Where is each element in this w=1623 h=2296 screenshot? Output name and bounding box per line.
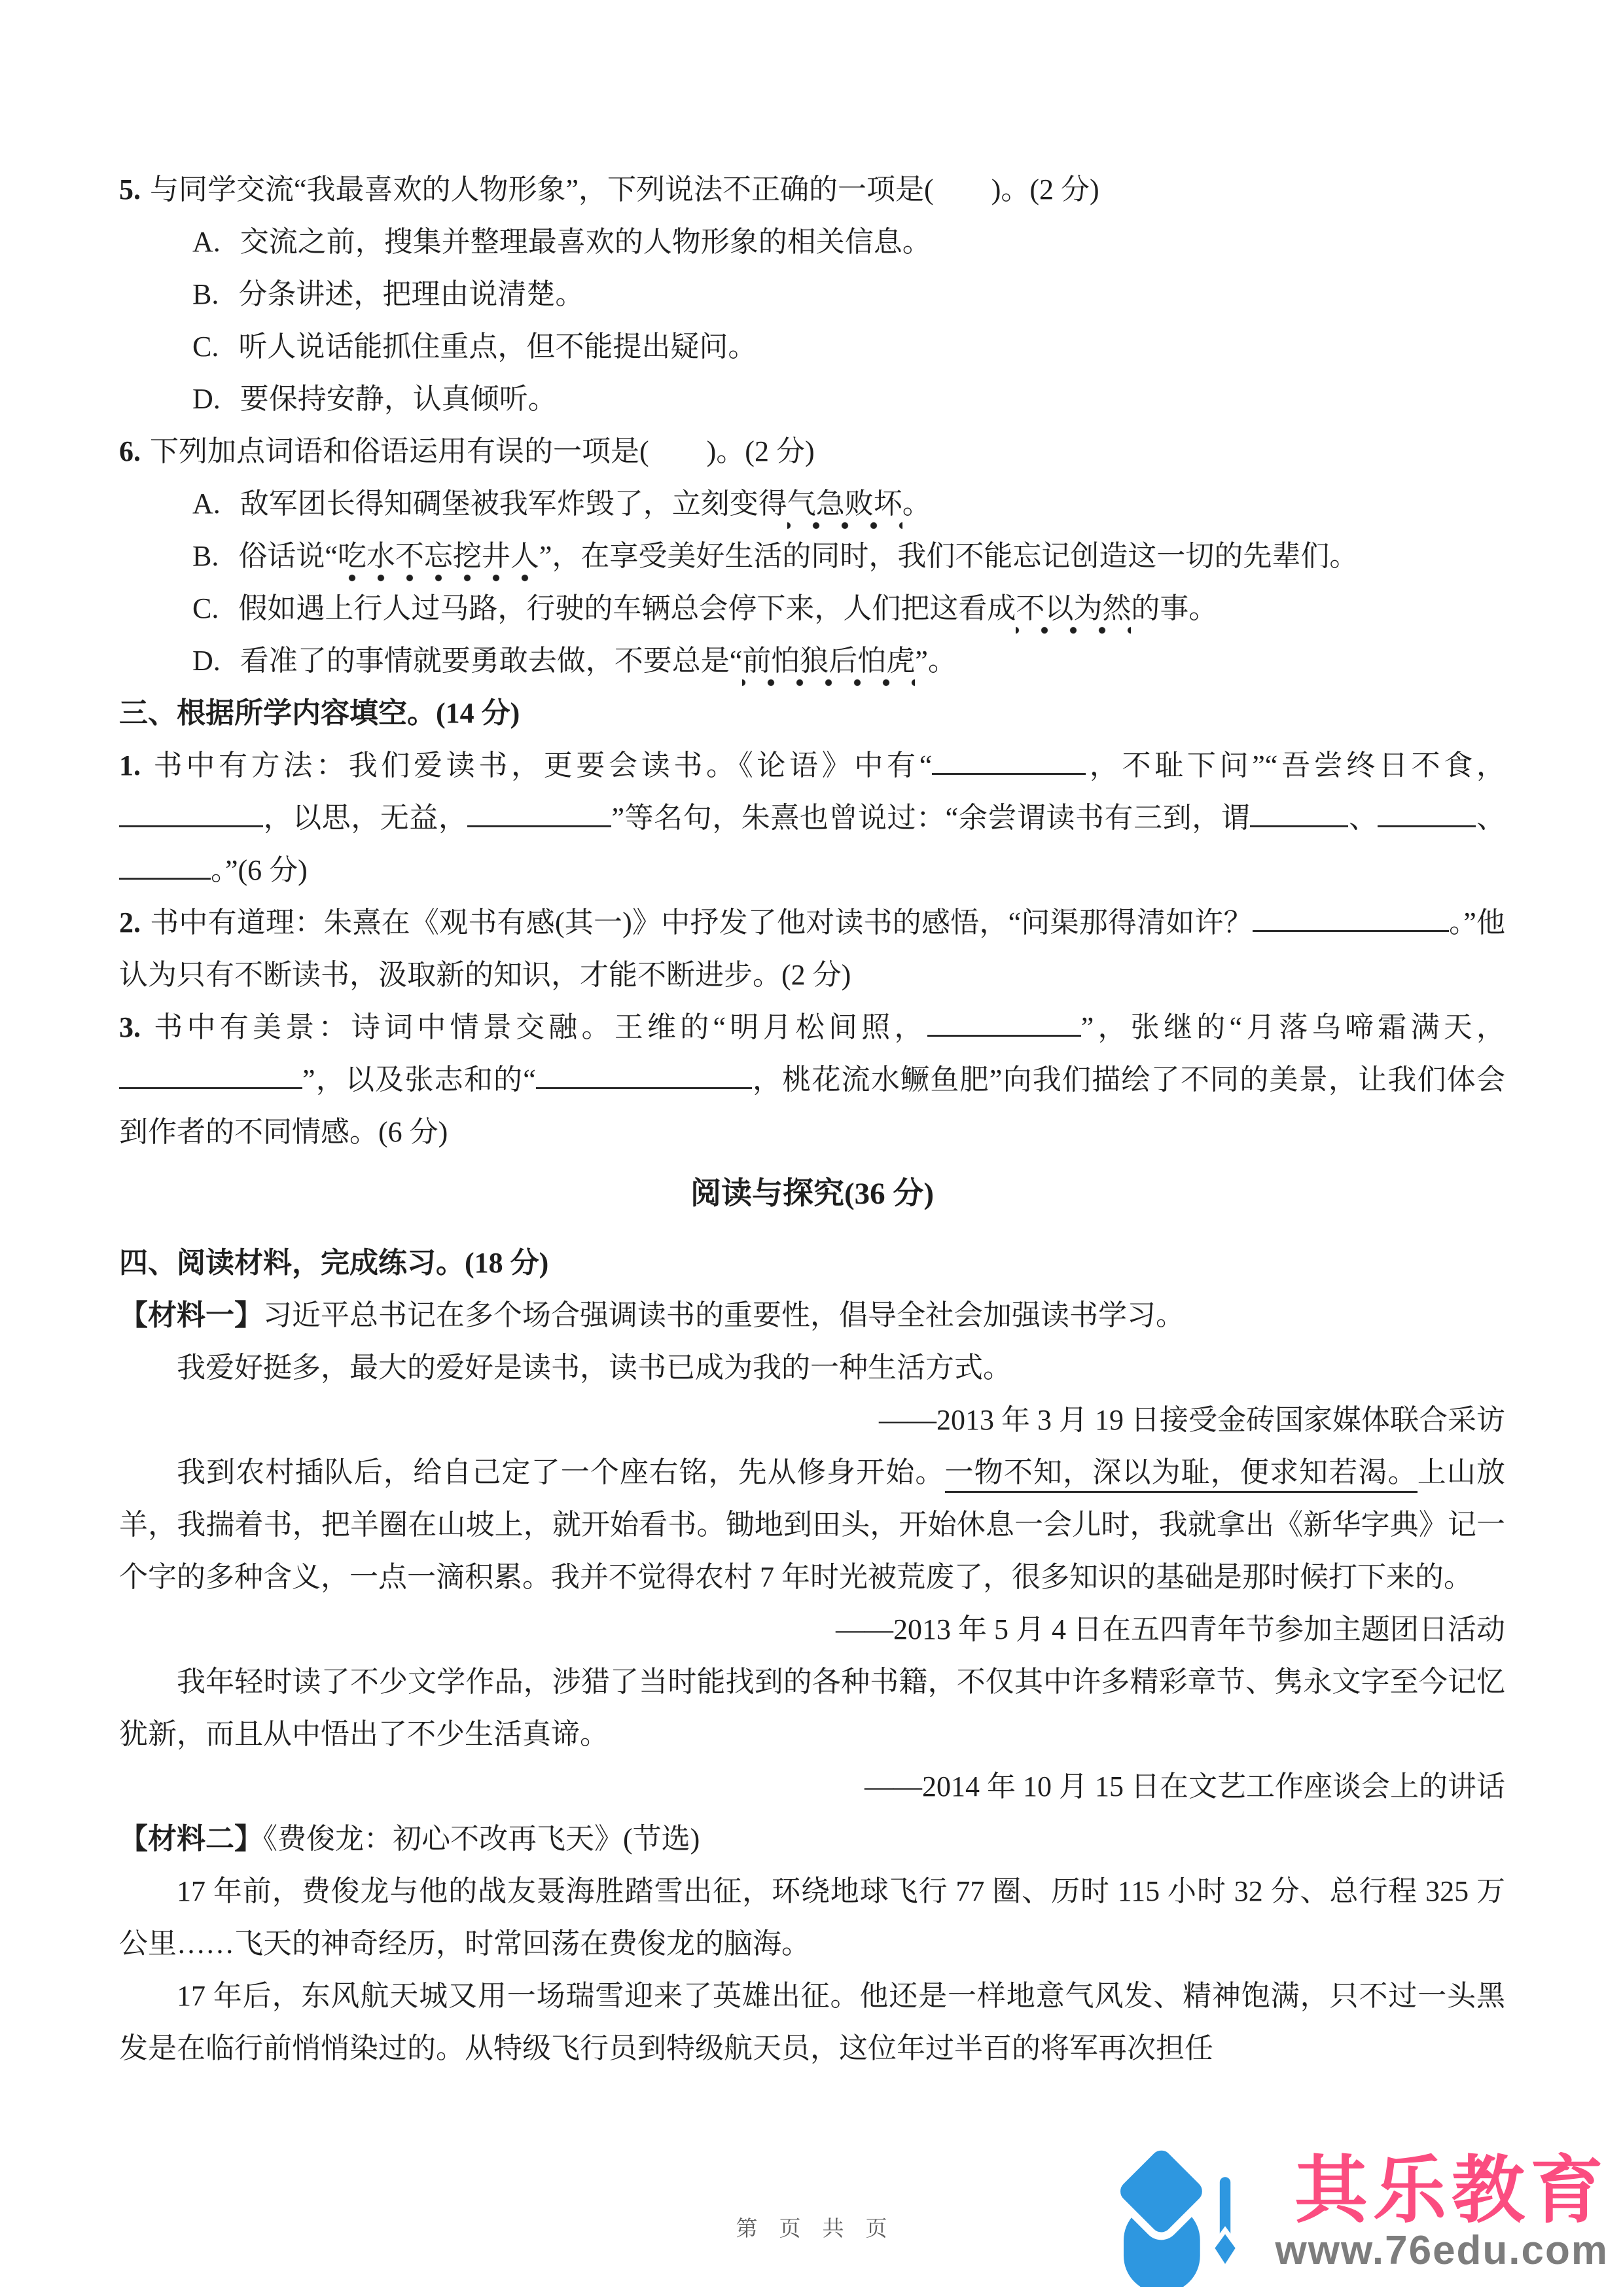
option-label: C. (192, 592, 219, 624)
section-4-title: 四、阅读材料，完成练习。(18 分) (119, 1237, 1505, 1289)
answer-blank (119, 801, 263, 827)
question-5-option-a: A.交流之前，搜集并整理最喜欢的人物形象的相关信息。 (119, 216, 1505, 268)
fill-text: ，不耻下问”“吾尝终日不食， (1086, 749, 1505, 781)
option-text: 敌军团长得知碉堡被我军炸毁了，立刻变得 (240, 488, 787, 520)
material-1-quote-2: 我到农村插队后，给自己定了一个座右铭，先从修身开始。一物不知，深以为耻，便求知若… (119, 1446, 1505, 1604)
emphasized-phrase: 气急败坏 (787, 488, 902, 530)
graduation-cap-icon (1066, 2138, 1262, 2287)
section-3-title: 三、根据所学内容填空。(14 分) (119, 687, 1505, 740)
question-6-stem: 6.下列加点词语和俗语运用有误的一项是( )。(2 分) (119, 425, 1505, 478)
option-label: D. (192, 383, 221, 415)
option-text: ”，在享受美好生活的同时，我们不能忘记创造这一切的先辈们。 (539, 540, 1359, 572)
emphasized-phrase: 吃水不忘挖井人 (338, 540, 539, 583)
question-6-option-d: D.看准了的事情就要勇敢去做，不要总是“前怕狼后怕虎”。 (119, 635, 1505, 687)
emphasized-phrase: 前怕狼后怕虎 (742, 645, 915, 687)
fill-text: ”，以及张志和的“ (302, 1064, 536, 1096)
answer-blank (1250, 801, 1348, 827)
material-1-intro-text: 习近平总书记在多个场合强调读书的重要性，倡导全社会加强读书学习。 (263, 1299, 1185, 1331)
option-label: A. (192, 488, 221, 520)
answer-blank (1378, 801, 1476, 827)
question-6-option-b: B.俗话说“吃水不忘挖井人”，在享受美好生活的同时，我们不能忘记创造这一切的先辈… (119, 530, 1505, 583)
option-text: 要保持安静，认真倾听。 (240, 383, 557, 415)
option-text: 俗话说“ (238, 540, 338, 572)
question-number: 1. (119, 749, 141, 781)
answer-blank (932, 749, 1086, 775)
question-stem-text: 与同学交流“我最喜欢的人物形象”，下列说法不正确的一项是( )。(2 分) (150, 173, 1099, 206)
fill-text: 、 (1348, 802, 1378, 834)
question-5-option-b: B.分条讲述，把理由说清楚。 (119, 268, 1505, 321)
fill-text: 、 (1476, 802, 1505, 834)
question-6: 6.下列加点词语和俗语运用有误的一项是( )。(2 分) A.敌军团长得知碉堡被… (119, 425, 1505, 687)
question-5-option-c: C.听人说话能抓住重点，但不能提出疑问。 (119, 321, 1505, 373)
answer-blank (119, 853, 211, 880)
material-2-para-2: 17 年后，东风航天城又用一场瑞雪迎来了英雄出征。他还是一样地意气风发、精神饱满… (119, 1970, 1505, 2075)
brand-logo: 其乐教育 www.76edu.com (1066, 2138, 1609, 2287)
option-text: 假如遇上行人过马路，行驶的车辆总会停下来，人们把这看成 (238, 592, 1016, 624)
answer-blank (927, 1011, 1081, 1037)
option-label: B. (192, 278, 219, 310)
option-label: C. (192, 331, 219, 363)
brand-logo-text: 其乐教育 www.76edu.com (1275, 2152, 1609, 2272)
question-number: 6. (119, 435, 141, 467)
material-1-tag: 【材料一】 (119, 1299, 263, 1331)
answer-blank (467, 801, 611, 827)
answer-blank (1253, 906, 1449, 932)
quote-text: 我到农村插队后，给自己定了一个座右铭，先从修身开始。 (177, 1456, 945, 1488)
answer-blank (536, 1063, 752, 1089)
option-text: 交流之前，搜集并整理最喜欢的人物形象的相关信息。 (240, 226, 931, 258)
option-text: 听人说话能抓住重点，但不能提出疑问。 (238, 331, 757, 363)
fill-text: 。”(6 分) (211, 854, 308, 886)
part-2-title: 阅读与探究(36 分) (119, 1168, 1505, 1220)
option-label: A. (192, 226, 221, 258)
exam-paper-page: 5.与同学交流“我最喜欢的人物形象”，下列说法不正确的一项是( )。(2 分) … (0, 0, 1623, 2296)
question-number: 5. (119, 173, 141, 206)
material-2-para-1: 17 年前，费俊龙与他的战友聂海胜踏雪出征，环绕地球飞行 77 圈、历时 115… (119, 1865, 1505, 1970)
fill-text: ”等名句，朱熹也曾说过：“余尝谓读书有三到，谓 (611, 802, 1250, 834)
material-1-quote-1: 我爱好挺多，最大的爱好是读书，读书已成为我的一种生活方式。 (119, 1342, 1505, 1394)
material-1-quote-3: 我年轻时读了不少文学作品，涉猎了当时能找到的各种书籍，不仅其中许多精彩章节、隽永… (119, 1656, 1505, 1761)
material-2-heading: 【材料二】《费俊龙：初心不改再飞天》(节选) (119, 1813, 1505, 1865)
fill-text: 书中有方法：我们爱读书，更要会读书。《论语》中有“ (150, 749, 932, 781)
fill-text: 书中有道理：朱熹在《观书有感(其一)》中抒发了他对读书的感悟，“问渠那得清如许？ (150, 906, 1253, 939)
emphasized-phrase: 不以为然 (1016, 592, 1131, 635)
option-text: 。 (902, 488, 931, 520)
question-stem-text: 下列加点词语和俗语运用有误的一项是( )。(2 分) (150, 435, 815, 467)
material-1-intro: 【材料一】习近平总书记在多个场合强调读书的重要性，倡导全社会加强读书学习。 (119, 1289, 1505, 1342)
brand-url: www.76edu.com (1275, 2229, 1609, 2272)
option-label: B. (192, 540, 219, 572)
fill-text: ”，张继的“月落乌啼霜满天， (1081, 1011, 1505, 1043)
question-number: 2. (119, 906, 141, 939)
question-5: 5.与同学交流“我最喜欢的人物形象”，下列说法不正确的一项是( )。(2 分) … (119, 164, 1505, 425)
option-text: 分条讲述，把理由说清楚。 (238, 278, 584, 310)
exam-content: 5.与同学交流“我最喜欢的人物形象”，下列说法不正确的一项是( )。(2 分) … (119, 164, 1505, 2075)
fill-question-2: 2.书中有道理：朱熹在《观书有感(其一)》中抒发了他对读书的感悟，“问渠那得清如… (119, 897, 1505, 1001)
material-1-source-1: ——2013 年 3 月 19 日接受金砖国家媒体联合采访 (119, 1394, 1505, 1446)
option-text: 看准了的事情就要勇敢去做，不要总是“ (240, 645, 743, 677)
material-2-tag: 【材料二】 (119, 1823, 263, 1855)
material-1-source-2: ——2013 年 5 月 4 日在五四青年节参加主题团日活动 (119, 1604, 1505, 1656)
question-6-option-c: C.假如遇上行人过马路，行驶的车辆总会停下来，人们把这看成不以为然的事。 (119, 583, 1505, 635)
material-1-source-3: ——2014 年 10 月 15 日在文艺工作座谈会上的讲话 (119, 1761, 1505, 1813)
fill-text: 书中有美景：诗词中情景交融。王维的“明月松间照， (150, 1011, 927, 1043)
underlined-motto: 一物不知，深以为耻，便求知若渴。 (945, 1456, 1418, 1493)
option-text: 的事。 (1131, 592, 1217, 624)
material-2-title: 《费俊龙：初心不改再飞天》(节选) (263, 1823, 700, 1855)
question-5-stem: 5.与同学交流“我最喜欢的人物形象”，下列说法不正确的一项是( )。(2 分) (119, 164, 1505, 216)
brand-name: 其乐教育 (1294, 2152, 1609, 2229)
question-6-option-a: A.敌军团长得知碉堡被我军炸毁了，立刻变得气急败坏。 (119, 478, 1505, 530)
question-number: 3. (119, 1011, 141, 1043)
fill-text: ，以思，无益， (263, 802, 467, 834)
option-label: D. (192, 645, 221, 677)
option-text: ”。 (915, 645, 957, 677)
answer-blank (119, 1063, 302, 1089)
fill-question-3: 3.书中有美景：诗词中情景交融。王维的“明月松间照，”，张继的“月落乌啼霜满天，… (119, 1001, 1505, 1158)
question-5-option-d: D.要保持安静，认真倾听。 (119, 373, 1505, 425)
fill-question-1: 1.书中有方法：我们爱读书，更要会读书。《论语》中有“，不耻下问”“吾尝终日不食… (119, 740, 1505, 897)
